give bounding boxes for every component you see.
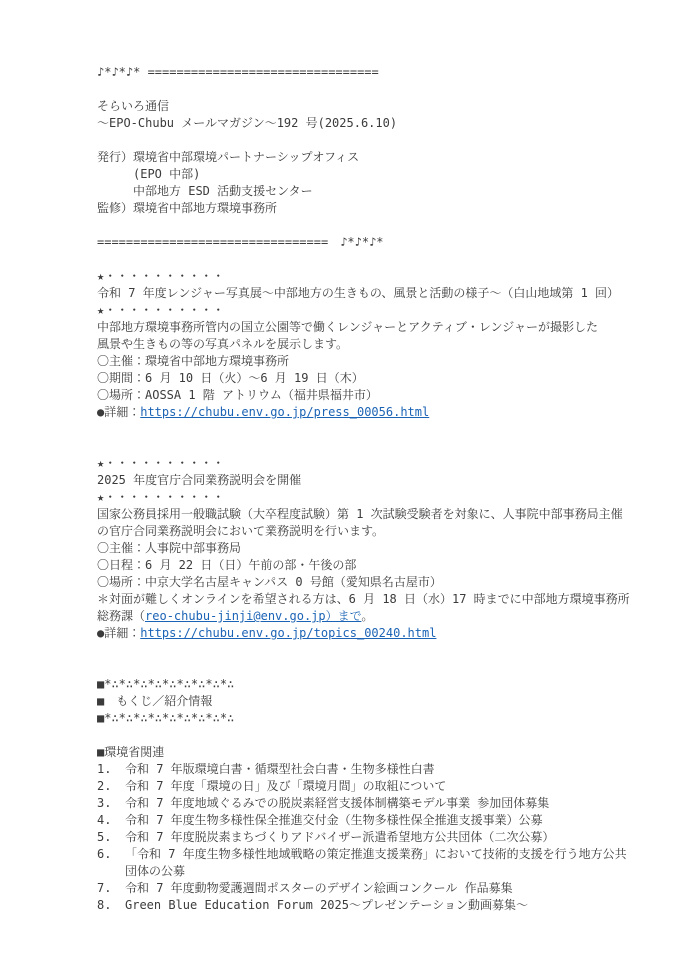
- article-body-line: 国家公務員採用一般職試験（大卒程度試験）第 1 次試験受験者を対象に、人事院中部…: [97, 506, 657, 523]
- newsletter-page: ♪*♪*♪* ================================ …: [0, 0, 693, 980]
- list-item-number: 7.: [97, 880, 125, 897]
- star-rule: ★・・・・・・・・・・: [97, 489, 657, 506]
- list-item: 2.令和 7 年度「環境の日」及び「環境月間」の取組について: [97, 778, 657, 795]
- list-item-text: 令和 7 年度脱炭素まちづくりアドバイザー派遣希望地方公共団体（二次公募）: [125, 829, 657, 846]
- list-item-number: 2.: [97, 778, 125, 795]
- email-link[interactable]: reo-chubu-jinji@env.go.jp）まで: [145, 609, 361, 623]
- detail-url-link[interactable]: https://chubu.env.go.jp/press_00056.html: [140, 405, 429, 419]
- list-item-text: 令和 7 年度動物愛護週間ポスターのデザイン絵画コンクール 作品募集: [125, 880, 657, 897]
- publisher-line: 中部地方 ESD 活動支援センター: [97, 183, 657, 200]
- masthead-bottom-rule: ================================ ♪*♪*♪*: [97, 234, 657, 251]
- note-suffix: 。: [361, 609, 373, 623]
- article-body-line: 風景や生きもの等の写真パネルを展示します。: [97, 336, 657, 353]
- period-line: 〇期間：6 月 10 日（火）～6 月 19 日（木）: [97, 370, 657, 387]
- detail-line: ●詳細：https://chubu.env.go.jp/press_00056.…: [97, 404, 657, 421]
- article-title: 令和 7 年度レンジャー写真展～中部地方の生きもの、風景と活動の様子～（白山地域…: [97, 285, 657, 302]
- article-body-line: 中部地方環境事務所管内の国立公園等で働くレンジャーとアクティブ・レンジャーが撮影…: [97, 319, 657, 336]
- organizer-line: 〇主催：人事院中部事務局: [97, 540, 657, 557]
- venue-line: 〇場所：AOSSA 1 階 アトリウム（福井県福井市）: [97, 387, 657, 404]
- star-rule: ★・・・・・・・・・・: [97, 455, 657, 472]
- list-item: 4.令和 7 年度生物多様性保全推進交付金（生物多様性保全推進支援事業）公募: [97, 812, 657, 829]
- list-item-text: 令和 7 年度生物多様性保全推進交付金（生物多様性保全推進支援事業）公募: [125, 812, 657, 829]
- note-line: ＊対面が難しくオンラインを希望される方は、6 月 18 日（水）17 時までに中…: [97, 591, 657, 608]
- article-joint-briefing: ★・・・・・・・・・・ 2025 年度官庁合同業務説明会を開催 ★・・・・・・・…: [97, 455, 657, 642]
- detail-line: ●詳細：https://chubu.env.go.jp/topics_00240…: [97, 625, 657, 642]
- toc-section-heading: ■環境省関連: [97, 744, 657, 761]
- publisher-line: (EPO 中部): [97, 166, 657, 183]
- newsletter-subtitle: ～EPO-Chubu メールマガジン～192 号(2025.6.10): [97, 115, 657, 132]
- schedule-line: 〇日程：6 月 22 日（日）午前の部・午後の部: [97, 557, 657, 574]
- list-item-number: 5.: [97, 829, 125, 846]
- list-item-number: 4.: [97, 812, 125, 829]
- list-item-text: Green Blue Education Forum 2025～プレゼンテーショ…: [125, 897, 657, 914]
- list-item-continuation: 団体の公募: [97, 863, 657, 880]
- list-item: 5.令和 7 年度脱炭素まちづくりアドバイザー派遣希望地方公共団体（二次公募）: [97, 829, 657, 846]
- publisher-line: 発行）環境省中部環境パートナーシップオフィス: [97, 149, 657, 166]
- venue-line: 〇場所：中京大学名古屋キャンパス 0 号館（愛知県名古屋市）: [97, 574, 657, 591]
- list-item-number: 8.: [97, 897, 125, 914]
- note-prefix: 総務課（: [97, 609, 145, 623]
- list-item-text: 「令和 7 年度生物多様性地域戦略の策定推進支援業務」において技術的支援を行う地…: [125, 846, 657, 863]
- list-item-number: 1.: [97, 761, 125, 778]
- list-item-text: 令和 7 年度地域ぐるみでの脱炭素経営支援体制構築モデル事業 参加団体募集: [125, 795, 657, 812]
- masthead-title-block: そらいろ通信 ～EPO-Chubu メールマガジン～192 号(2025.6.1…: [97, 98, 657, 132]
- list-item-text: 令和 7 年版環境白書・循環型社会白書・生物多様性白書: [125, 761, 657, 778]
- list-item-number: 6.: [97, 846, 125, 863]
- masthead-top-rule: ♪*♪*♪* ================================: [97, 64, 657, 81]
- organizer-line: 〇主催：環境省中部地方環境事務所: [97, 353, 657, 370]
- list-item-number: 3.: [97, 795, 125, 812]
- article-ranger-photo-exhibition: ★・・・・・・・・・・ 令和 7 年度レンジャー写真展～中部地方の生きもの、風景…: [97, 268, 657, 421]
- detail-label: ●詳細：: [97, 626, 140, 640]
- star-rule: ★・・・・・・・・・・: [97, 268, 657, 285]
- list-item: 3.令和 7 年度地域ぐるみでの脱炭素経営支援体制構築モデル事業 参加団体募集: [97, 795, 657, 812]
- supervisor-line: 監修）環境省中部地方環境事務所: [97, 200, 657, 217]
- masthead-publisher-block: 発行）環境省中部環境パートナーシップオフィス (EPO 中部) 中部地方 ESD…: [97, 149, 657, 217]
- toc-rule: ■*∴*∴*∴*∴*∴*∴*∴*∴*∴: [97, 676, 657, 693]
- toc-list-block: ■環境省関連 1.令和 7 年版環境白書・循環型社会白書・生物多様性白書 2.令…: [97, 744, 657, 914]
- list-item-text: 令和 7 年度「環境の日」及び「環境月間」の取組について: [125, 778, 657, 795]
- list-item: 6.「令和 7 年度生物多様性地域戦略の策定推進支援業務」において技術的支援を行…: [97, 846, 657, 863]
- toc-header-block: ■*∴*∴*∴*∴*∴*∴*∴*∴*∴ ■ もくじ／紹介情報 ■*∴*∴*∴*∴…: [97, 676, 657, 727]
- article-body-line: の官庁合同業務説明会において業務説明を行います。: [97, 523, 657, 540]
- note-line: 総務課（reo-chubu-jinji@env.go.jp）まで。: [97, 608, 657, 625]
- article-title: 2025 年度官庁合同業務説明会を開催: [97, 472, 657, 489]
- star-rule: ★・・・・・・・・・・: [97, 302, 657, 319]
- detail-label: ●詳細：: [97, 405, 140, 419]
- list-item: 1.令和 7 年版環境白書・循環型社会白書・生物多様性白書: [97, 761, 657, 778]
- toc-heading: ■ もくじ／紹介情報: [97, 693, 657, 710]
- newsletter-title: そらいろ通信: [97, 98, 657, 115]
- list-item: 7.令和 7 年度動物愛護週間ポスターのデザイン絵画コンクール 作品募集: [97, 880, 657, 897]
- toc-rule: ■*∴*∴*∴*∴*∴*∴*∴*∴*∴: [97, 710, 657, 727]
- list-item: 8.Green Blue Education Forum 2025～プレゼンテー…: [97, 897, 657, 914]
- detail-url-link[interactable]: https://chubu.env.go.jp/topics_00240.htm…: [140, 626, 436, 640]
